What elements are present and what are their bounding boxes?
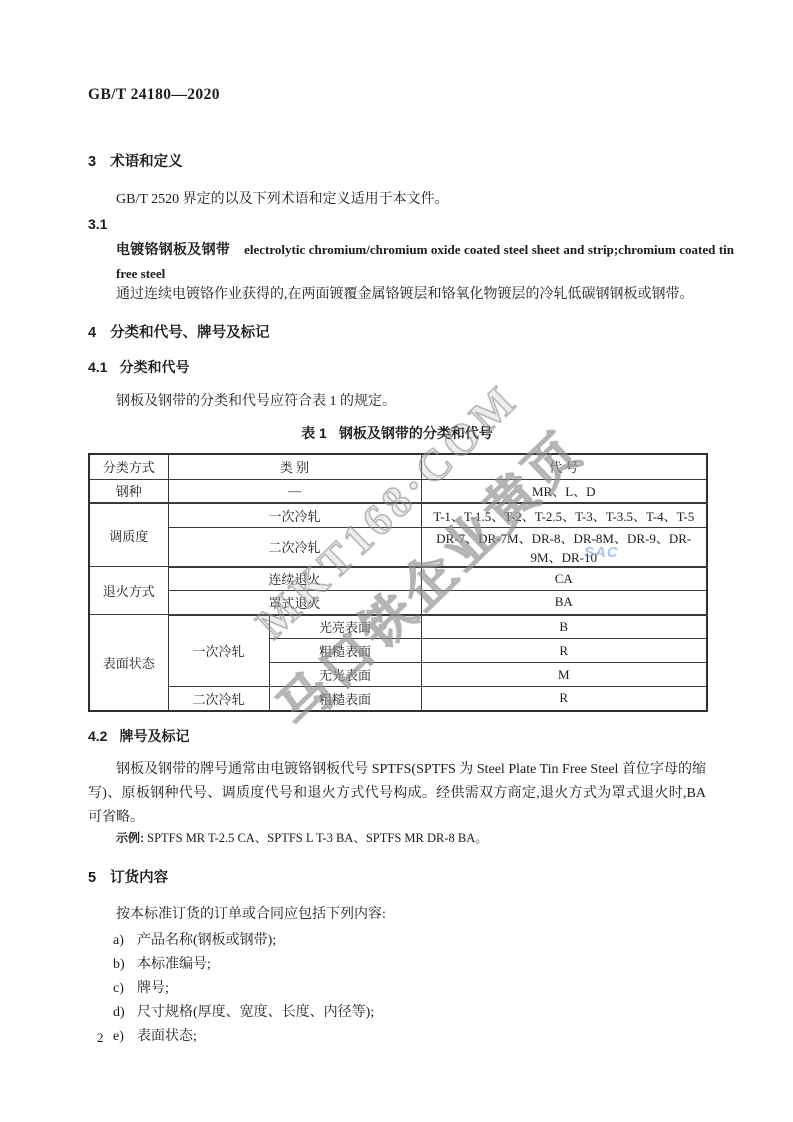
example-text: SPTFS MR T-2.5 CA、SPTFS L T-3 BA、SPTFS M… — [147, 831, 488, 845]
list-text: 产品名称(钢板或钢带); — [137, 929, 276, 953]
cell-surface-double-rough-codes: R — [421, 687, 707, 711]
list-text: 表面状态; — [137, 1025, 197, 1049]
cell-temper-single-category: 一次冷轧 — [168, 503, 421, 527]
order-content-list: a) 产品名称(钢板或钢带); b) 本标准编号; c) 牌号; d) 尺寸规格… — [88, 929, 706, 1049]
clause31-number: 3.1 — [88, 216, 706, 232]
cell-steel-type-codes: MR、L、D — [421, 479, 707, 503]
list-item: b) 本标准编号; — [88, 953, 706, 977]
list-marker: a) — [88, 929, 137, 953]
list-marker: d) — [88, 1001, 137, 1025]
cell-temper-single-codes: T-1、T-1.5、T-2、T-2.5、T-3、T-3.5、T-4、T-5 — [421, 503, 707, 527]
clause41-title: 分类和代号 — [119, 359, 189, 375]
clause42-title: 牌号及标记 — [119, 728, 189, 744]
example-label: 示例: — [116, 831, 144, 845]
list-marker: c) — [88, 977, 137, 1001]
table-row: 退火方式 连续退火 CA — [89, 567, 707, 591]
table-row: 分类方式 类 别 代 号 — [89, 454, 707, 479]
clause41-number: 4.1 — [88, 359, 107, 375]
list-item: d) 尺寸规格(厚度、宽度、长度、内径等); — [88, 1001, 706, 1025]
table1-caption: 表 1钢板及钢带的分类和代号 — [88, 423, 706, 443]
cell-temper-label: 调质度 — [89, 503, 168, 567]
cell-surface-matte-category: 无光表面 — [269, 663, 421, 687]
cell-temper-double-category: 二次冷轧 — [168, 527, 421, 567]
section5-title: 订货内容 — [110, 870, 168, 886]
clause31-term: 电镀铬钢板及钢带electrolytic chromium/chromium o… — [88, 238, 734, 286]
list-text: 牌号; — [137, 977, 169, 1001]
clause31-definition: 通过连续电镀铬作业获得的,在两面镀覆金属铬镀层和铬氧化物镀层的冷轧低碳钢钢板或钢… — [88, 284, 706, 306]
table-row: 二次冷轧 粗糙表面 R — [89, 687, 707, 711]
clause42-body: 钢板及钢带的牌号通常由电镀铬钢板代号 SPTFS(SPTFS 为 Steel P… — [88, 758, 706, 830]
cell-surface-matte-codes: M — [421, 663, 707, 687]
cell-annealing-continuous-codes: CA — [421, 567, 707, 591]
section5-heading: 5订货内容 — [88, 866, 706, 887]
term-chinese: 电镀铬钢板及钢带 — [116, 241, 230, 257]
table-header-category: 类 别 — [168, 454, 421, 479]
table-row: 钢种 — MR、L、D — [89, 479, 707, 503]
list-item: c) 牌号; — [88, 977, 706, 1001]
cell-surface-double-rough-category: 粗糙表面 — [269, 687, 421, 711]
page-number: 2 — [97, 1030, 104, 1046]
clause41-heading: 4.1分类和代号 — [88, 357, 706, 377]
cell-surface-bright-codes: B — [421, 615, 707, 639]
cell-annealing-batch-category: 罩式退火 — [168, 591, 421, 615]
clause41-body: 钢板及钢带的分类和代号应符合表 1 的规定。 — [88, 391, 706, 413]
table-header-class: 分类方式 — [89, 454, 168, 479]
table-row: 罩式退火 BA — [89, 591, 707, 615]
cell-temper-double-codes: DR-7、DR-7M、DR-8、DR-8M、DR-9、DR-9M、DR-10 — [421, 527, 707, 567]
table1: 分类方式 类 别 代 号 钢种 — MR、L、D 调质度 一次冷轧 T-1、T-… — [88, 453, 708, 712]
list-item: e) 表面状态; — [88, 1025, 706, 1049]
section3-intro: GB/T 2520 界定的以及下列术语和定义适用于本文件。 — [88, 189, 706, 211]
cell-surface-single-label: 一次冷轧 — [168, 615, 269, 687]
table-row: 二次冷轧 DR-7、DR-7M、DR-8、DR-8M、DR-9、DR-9M、DR… — [89, 527, 707, 567]
section4-heading: 4分类和代号、牌号及标记 — [88, 321, 706, 342]
list-text: 尺寸规格(厚度、宽度、长度、内径等); — [137, 1001, 374, 1025]
cell-surface-double-label: 二次冷轧 — [168, 687, 269, 711]
section4-number: 4 — [88, 325, 96, 341]
cell-surface-bright-category: 光亮表面 — [269, 615, 421, 639]
cell-surface-rough-category: 粗糙表面 — [269, 639, 421, 663]
section3-title: 术语和定义 — [110, 154, 183, 170]
clause42-heading: 4.2牌号及标记 — [88, 726, 706, 746]
section5-intro: 按本标准订货的订单或合同应包括下列内容: — [88, 904, 706, 926]
list-text: 本标准编号; — [137, 953, 211, 977]
table1-caption-title: 钢板及钢带的分类和代号 — [339, 425, 493, 441]
list-marker: b) — [88, 953, 137, 977]
table-header-code: 代 号 — [421, 454, 707, 479]
section4-title: 分类和代号、牌号及标记 — [110, 325, 270, 341]
cell-annealing-label: 退火方式 — [89, 567, 168, 615]
cell-steel-type-label: 钢种 — [89, 479, 168, 503]
cell-annealing-batch-codes: BA — [421, 591, 707, 615]
table1-caption-label: 表 1 — [301, 425, 327, 441]
cell-surface-label: 表面状态 — [89, 615, 168, 711]
section3-number: 3 — [88, 154, 96, 170]
cell-surface-rough-codes: R — [421, 639, 707, 663]
cell-annealing-continuous-category: 连续退火 — [168, 567, 421, 591]
document-page: GB/T 24180—2020 3术语和定义 GB/T 2520 界定的以及下列… — [0, 0, 793, 1122]
clause42-number: 4.2 — [88, 728, 107, 744]
table-row: 调质度 一次冷轧 T-1、T-1.5、T-2、T-2.5、T-3、T-3.5、T… — [89, 503, 707, 527]
list-item: a) 产品名称(钢板或钢带); — [88, 929, 706, 953]
clause42-example: 示例: SPTFS MR T-2.5 CA、SPTFS L T-3 BA、SPT… — [88, 828, 734, 846]
section3-heading: 3术语和定义 — [88, 150, 706, 171]
list-marker: e) — [88, 1025, 137, 1049]
doc-number: GB/T 24180—2020 — [88, 86, 706, 104]
cell-steel-type-category: — — [168, 479, 421, 503]
section5-number: 5 — [88, 870, 96, 886]
table-row: 表面状态 一次冷轧 光亮表面 B — [89, 615, 707, 639]
